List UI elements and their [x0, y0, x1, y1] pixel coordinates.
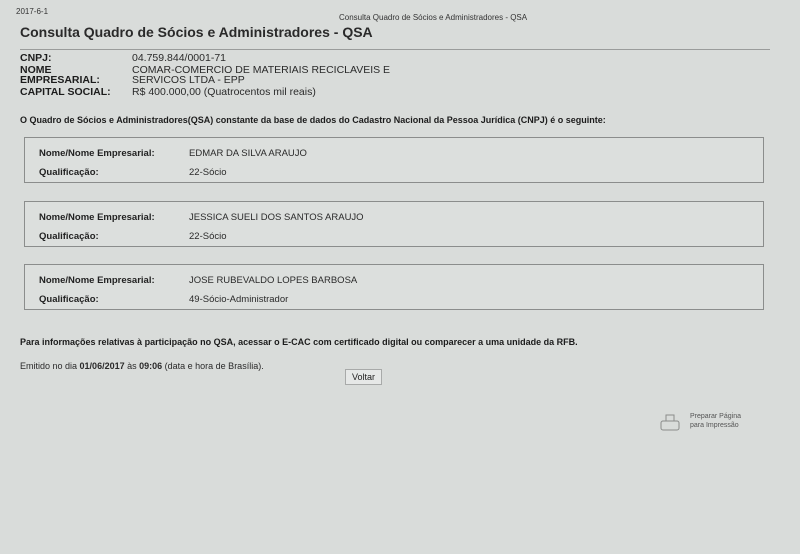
capital-row: CAPITAL SOCIAL: R$ 400.000,00 (Quatrocen… [20, 87, 432, 97]
emission-date: 01/06/2017 [80, 361, 125, 371]
print-header-title: Consulta Quadro de Sócios e Administrado… [339, 13, 527, 22]
qsa-intro: O Quadro de Sócios e Administradores(QSA… [20, 115, 606, 125]
print-page-link[interactable]: Preparar Página para Impressão [660, 412, 741, 432]
company-name-row: NOME EMPRESARIAL: COMAR-COMERCIO DE MATE… [20, 65, 432, 85]
socio-qualification-label: Qualificação: [39, 294, 189, 305]
emission-suffix: (data e hora de Brasília). [162, 361, 264, 371]
back-button[interactable]: Voltar [345, 369, 382, 385]
company-name-value: COMAR-COMERCIO DE MATERIAIS RECICLAVEIS … [132, 65, 432, 85]
socio-card: Nome/Nome Empresarial: EDMAR DA SILVA AR… [24, 137, 764, 183]
socio-qualification-label: Qualificação: [39, 167, 189, 178]
print-date: 2017-6-1 [16, 7, 48, 16]
socio-card: Nome/Nome Empresarial: JESSICA SUELI DOS… [24, 201, 764, 247]
emission-info: Emitido no dia 01/06/2017 às 09:06 (data… [20, 361, 264, 371]
printer-icon [660, 414, 680, 432]
print-link-line1: Preparar Página [690, 412, 741, 421]
socio-name-label: Nome/Nome Empresarial: [39, 212, 189, 223]
company-name-label: NOME EMPRESARIAL: [20, 65, 132, 85]
emission-prefix: Emitido no dia [20, 361, 80, 371]
socio-name-label: Nome/Nome Empresarial: [39, 275, 189, 286]
capital-value: R$ 400.000,00 (Quatrocentos mil reais) [132, 87, 432, 97]
socio-name: EDMAR DA SILVA ARAUJO [189, 148, 307, 159]
company-info: CNPJ: 04.759.844/0001-71 NOME EMPRESARIA… [20, 53, 432, 99]
socio-name-label: Nome/Nome Empresarial: [39, 148, 189, 159]
print-link-line2: para Impressão [690, 421, 741, 430]
cnpj-row: CNPJ: 04.759.844/0001-71 [20, 53, 432, 63]
socio-qualification: 22-Sócio [189, 231, 227, 242]
ecac-notice: Para informações relativas à participaçã… [20, 337, 578, 347]
socio-card: Nome/Nome Empresarial: JOSE RUBEVALDO LO… [24, 264, 764, 310]
socio-name: JOSE RUBEVALDO LOPES BARBOSA [189, 275, 357, 286]
emission-middle: às [125, 361, 140, 371]
emission-time: 09:06 [139, 361, 162, 371]
socio-qualification-label: Qualificação: [39, 231, 189, 242]
title-divider [20, 49, 770, 50]
cnpj-value: 04.759.844/0001-71 [132, 53, 432, 63]
socio-qualification: 22-Sócio [189, 167, 227, 178]
capital-label: CAPITAL SOCIAL: [20, 87, 132, 97]
cnpj-label: CNPJ: [20, 53, 132, 63]
socio-qualification: 49-Sócio-Administrador [189, 294, 288, 305]
page-title: Consulta Quadro de Sócios e Administrado… [20, 24, 373, 40]
socio-name: JESSICA SUELI DOS SANTOS ARAUJO [189, 212, 364, 223]
